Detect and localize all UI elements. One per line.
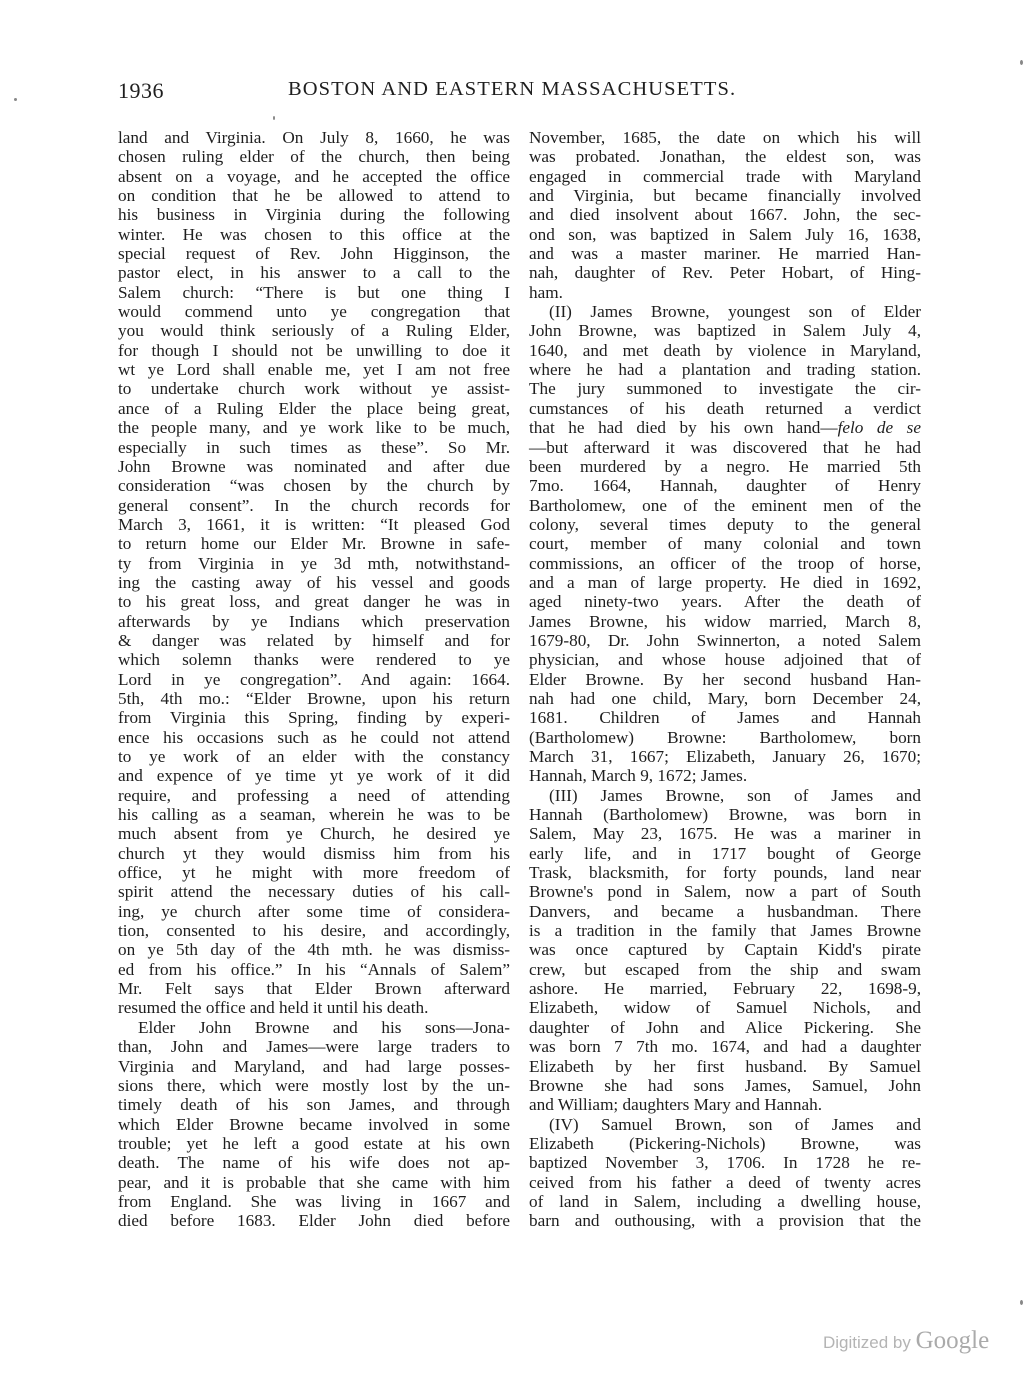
text-line: special request of Rev. John Higginson, … xyxy=(118,244,510,263)
text-line: James Browne, his widow married, March 8… xyxy=(529,612,921,631)
text-line: 1681. Children of James and Hannah xyxy=(529,708,921,727)
text-line: would commend unto ye congregation that xyxy=(118,302,510,321)
text-line: of land in Salem, including a dwelling h… xyxy=(529,1192,921,1211)
text-line: —but afterward it was discovered that he… xyxy=(529,438,921,457)
text-line: and William; daughters Mary and Hannah. xyxy=(529,1095,921,1114)
text-line: & danger was related by himself and for xyxy=(118,631,510,650)
text-line: John Browne was nominated and after due xyxy=(118,457,510,476)
text-line: trouble; yet he left a good estate at hi… xyxy=(118,1134,510,1153)
text-line: than, John and James—were large traders … xyxy=(118,1037,510,1056)
text-line: (II) James Browne, youngest son of Elder xyxy=(529,302,921,321)
text-line: ty from Virginia in ye 3d mth, notwithst… xyxy=(118,554,510,573)
text-line: afterwards by ye Indians which preservat… xyxy=(118,612,510,631)
italic-phrase: felo de se xyxy=(838,418,921,437)
text-line: cumstances of his death returned a verdi… xyxy=(529,399,921,418)
text-line: wt ye Lord shall enable me, yet I am not… xyxy=(118,360,510,379)
text-line: The jury summoned to investigate the cir… xyxy=(529,379,921,398)
text-line: absent on a voyage, and he accepted the … xyxy=(118,167,510,186)
text-line: ond son, was baptized in Salem July 16, … xyxy=(529,225,921,244)
text-line: Bartholomew, one of the eminent men of t… xyxy=(529,496,921,515)
text-line: you would think seriously of a Ruling El… xyxy=(118,321,510,340)
text-line: to his great loss, and great danger he w… xyxy=(118,592,510,611)
text-line: which solemn thanks were rendered to ye xyxy=(118,650,510,669)
text-line: from England. She was living in 1667 and xyxy=(118,1192,510,1211)
text-line: ceived from his father a deed of twenty … xyxy=(529,1173,921,1192)
text-line: his calling as a seaman, wherein he was … xyxy=(118,805,510,824)
text-line: daughter of John and Alice Pickering. Sh… xyxy=(529,1018,921,1037)
text-line: 1679-80, Dr. John Swinnerton, a noted Sa… xyxy=(529,631,921,650)
text-line: his business in Virginia during the foll… xyxy=(118,205,510,224)
text-line: Hannah, March 9, 1672; James. xyxy=(529,766,921,785)
text-line: to ye work of an elder with the constanc… xyxy=(118,747,510,766)
text-line: from Virginia this Spring, finding by ex… xyxy=(118,708,510,727)
text-line: Virginia and Maryland, and had large pos… xyxy=(118,1057,510,1076)
text-line: death. The name of his wife does not ap- xyxy=(118,1153,510,1172)
text-line: for though I should not be unwilling to … xyxy=(118,341,510,360)
text-line: ing the casting away of his vessel and g… xyxy=(118,573,510,592)
text-line: Elizabeth, widow of Samuel Nichols, and xyxy=(529,998,921,1017)
scan-speck xyxy=(1020,60,1023,65)
text-line: ence his occasions such as he could not … xyxy=(118,728,510,747)
text-line: to undertake church work without ye assi… xyxy=(118,379,510,398)
text-line: (Bartholomew) Browne: Bartholomew, born xyxy=(529,728,921,747)
text-line: Hannah (Bartholomew) Browne, was born in xyxy=(529,805,921,824)
text-line: been murdered by a negro. He married 5th xyxy=(529,457,921,476)
text-line: Salem church: “There is but one thing I xyxy=(118,283,510,302)
text-line: spirit attend the necessary duties of hi… xyxy=(118,882,510,901)
text-line: pastor elect, in his answer to a call to… xyxy=(118,263,510,282)
text-line: colony, several times deputy to the gene… xyxy=(529,515,921,534)
text-line: barn and outhousing, with a provision th… xyxy=(529,1211,921,1230)
text-line: court, member of many colonial and town xyxy=(529,534,921,553)
text-line: the people many, and ye work like to be … xyxy=(118,418,510,437)
text-line: especially in such times as these”. So M… xyxy=(118,438,510,457)
text-line: office, yt he might with more freedom of xyxy=(118,863,510,882)
text-line: where he had a plantation and trading st… xyxy=(529,360,921,379)
text-line: general consent”. In the church records … xyxy=(118,496,510,515)
text-line: church yt they would dismiss him from hi… xyxy=(118,844,510,863)
text-line: and a man of large property. He died in … xyxy=(529,573,921,592)
text-line: which Elder Browne became involved in so… xyxy=(118,1115,510,1134)
text-line: was probated. Jonathan, the eldest son, … xyxy=(529,147,921,166)
text-line: (IV) Samuel Brown, son of James and xyxy=(529,1115,921,1134)
text-line: nah had one child, Mary, born December 2… xyxy=(529,689,921,708)
page-number: 1936 xyxy=(118,78,164,104)
text-line: March 3, 1661, it is written: “It please… xyxy=(118,515,510,534)
text-line: winter. He was chosen to this office at … xyxy=(118,225,510,244)
text-line: sions there, which were mostly lost by t… xyxy=(118,1076,510,1095)
text-line: ed from his office.” In his “Annals of S… xyxy=(118,960,510,979)
text-line: Browne's pond in Salem, now a part of So… xyxy=(529,882,921,901)
text-line: much absent from ye Church, he desired y… xyxy=(118,824,510,843)
text-line: Browne she had sons James, Samuel, John xyxy=(529,1076,921,1095)
text-line: ance of a Ruling Elder the place being g… xyxy=(118,399,510,418)
text-line: Salem, May 23, 1675. He was a mariner in xyxy=(529,824,921,843)
text-line: on ye 5th day of the 4th mth. he was dis… xyxy=(118,940,510,959)
text-line: Trask, blacksmith, for forty pounds, lan… xyxy=(529,863,921,882)
text-line: chosen ruling elder of the church, then … xyxy=(118,147,510,166)
scan-speck xyxy=(273,116,275,120)
text-line: require, and professing a need of attend… xyxy=(118,786,510,805)
text-line: ing, ye church after some time of consid… xyxy=(118,902,510,921)
text-line: Elder Browne. By her second husband Han- xyxy=(529,670,921,689)
text-line: ham. xyxy=(529,283,921,302)
text-line: tion, consented to his desire, and accor… xyxy=(118,921,510,940)
text-line: Elder John Browne and his sons—Jona- xyxy=(118,1018,510,1037)
left-column: land and Virginia. On July 8, 1660, he w… xyxy=(118,128,510,1231)
text-line: pear, and it is probable that she came w… xyxy=(118,1173,510,1192)
text-line: that he had died by his own hand—felo de… xyxy=(529,418,921,437)
text-line: commissions, an officer of the troop of … xyxy=(529,554,921,573)
text-line: land and Virginia. On July 8, 1660, he w… xyxy=(118,128,510,147)
text-line: John Browne, was baptized in Salem July … xyxy=(529,321,921,340)
text-line: resumed the office and held it until his… xyxy=(118,998,510,1017)
text-line: was once captured by Captain Kidd's pira… xyxy=(529,940,921,959)
text-line: Lord in ye congregation”. And again: 166… xyxy=(118,670,510,689)
text-line: and was a master mariner. He married Han… xyxy=(529,244,921,263)
text-line: died before 1683. Elder John died before xyxy=(118,1211,510,1230)
page-header: 1936 BOSTON AND EASTERN MASSACHUSETTS. xyxy=(0,78,1025,108)
text-line: crew, but escaped from the ship and swam xyxy=(529,960,921,979)
scan-speck xyxy=(1020,1300,1023,1305)
text-line: and expence of ye time yt ye work of it … xyxy=(118,766,510,785)
text-line: and Virginia, but became financially inv… xyxy=(529,186,921,205)
text-line: Danvers, and became a husbandman. There xyxy=(529,902,921,921)
scan-speck xyxy=(14,98,17,101)
text-line: Mr. Felt says that Elder Brown afterward xyxy=(118,979,510,998)
text-line: is a tradition in the family that James … xyxy=(529,921,921,940)
text-line: aged ninety-two years. After the death o… xyxy=(529,592,921,611)
text-line: March 31, 1667; Elizabeth, January 26, 1… xyxy=(529,747,921,766)
text-line: nah, daughter of Rev. Peter Hobart, of H… xyxy=(529,263,921,282)
text-line: early life, and in 1717 bought of George xyxy=(529,844,921,863)
text-line: 1640, and met death by violence in Maryl… xyxy=(529,341,921,360)
text-line: was born 7 7th mo. 1674, and had a daugh… xyxy=(529,1037,921,1056)
running-title: BOSTON AND EASTERN MASSACHUSETTS. xyxy=(288,78,736,101)
text-line: Elizabeth by her first husband. By Samue… xyxy=(529,1057,921,1076)
google-logo-text: Google xyxy=(916,1327,990,1354)
text-line: November, 1685, the date on which his wi… xyxy=(529,128,921,147)
text-line: to return home our Elder Mr. Browne in s… xyxy=(118,534,510,553)
text-line: engaged in commercial trade with Marylan… xyxy=(529,167,921,186)
text-line: physician, and whose house adjoined that… xyxy=(529,650,921,669)
watermark-prefix: Digitized by xyxy=(823,1333,911,1352)
text-line: Elizabeth (Pickering-Nichols) Browne, wa… xyxy=(529,1134,921,1153)
text-line: 7mo. 1664, Hannah, daughter of Henry xyxy=(529,476,921,495)
text-line: baptized November 3, 1706. In 1728 he re… xyxy=(529,1153,921,1172)
text-line: 5th, 4th mo.: “Elder Browne, upon his re… xyxy=(118,689,510,708)
text-line: consideration “was chosen by the church … xyxy=(118,476,510,495)
text-line: on condition that he be allowed to atten… xyxy=(118,186,510,205)
text-line: ashore. He married, February 22, 1698-9, xyxy=(529,979,921,998)
text-line: and died insolvent about 1667. John, the… xyxy=(529,205,921,224)
digitized-by-google-watermark: Digitized by Google xyxy=(823,1327,989,1355)
text-line: timely death of his son James, and throu… xyxy=(118,1095,510,1114)
right-column: November, 1685, the date on which his wi… xyxy=(529,128,921,1231)
text-line: (III) James Browne, son of James and xyxy=(529,786,921,805)
